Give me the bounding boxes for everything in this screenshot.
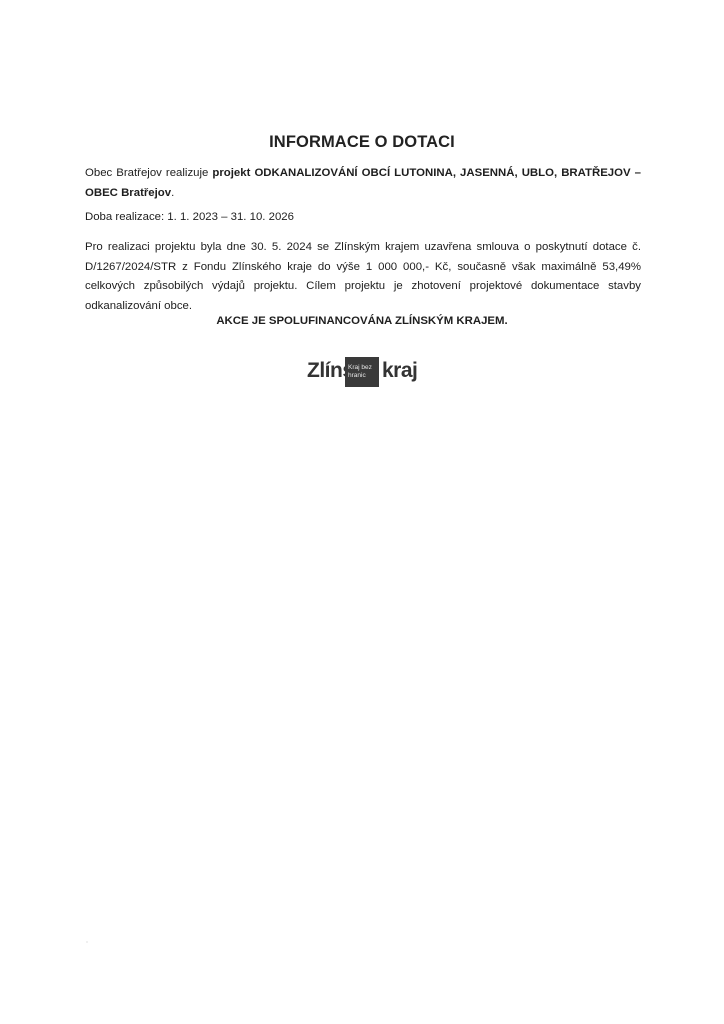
zlinsky-kraj-logo: Zlíns Kraj bez hranic kraj [307,357,422,389]
scan-artifact [86,941,88,943]
logo-box-line-2: hranic [348,372,379,380]
logo-right-text: kraj [382,359,417,383]
logo-box-line-1: Kraj bez [348,364,379,372]
document-page: INFORMACE O DOTACI Obec Bratřejov realiz… [0,0,724,1024]
project-name-line-2: OBEC Bratřejov [85,187,171,199]
contract-line-3: celkových způsobilých výdajů projektu. C… [85,277,641,297]
project-suffix: . [171,187,174,199]
cofinancing-statement: AKCE JE SPOLUFINANCOVÁNA ZLÍNSKÝM KRAJEM… [0,315,724,327]
contract-line-2: D/1267/2024/STR z Fondu Zlínského kraje … [85,258,641,278]
contract-line-4: odkanalizování obce. [85,300,192,312]
realization-period: Doba realizace: 1. 1. 2023 – 31. 10. 202… [85,208,641,228]
logo-box: Kraj bez hranic [345,357,379,387]
project-name-line-1: projekt ODKANALIZOVÁNÍ OBCÍ LUTONINA, JA… [212,167,641,179]
contract-paragraph: Pro realizaci projektu byla dne 30. 5. 2… [85,238,641,316]
project-line-2: OBEC Bratřejov. [85,187,174,199]
contract-line-1: Pro realizaci projektu byla dne 30. 5. 2… [85,238,641,258]
project-paragraph: Obec Bratřejov realizuje projekt ODKANAL… [85,164,641,203]
project-line-1: Obec Bratřejov realizuje projekt ODKANAL… [85,164,641,184]
document-title: INFORMACE O DOTACI [0,133,724,152]
project-prefix: Obec Bratřejov realizuje [85,167,212,179]
